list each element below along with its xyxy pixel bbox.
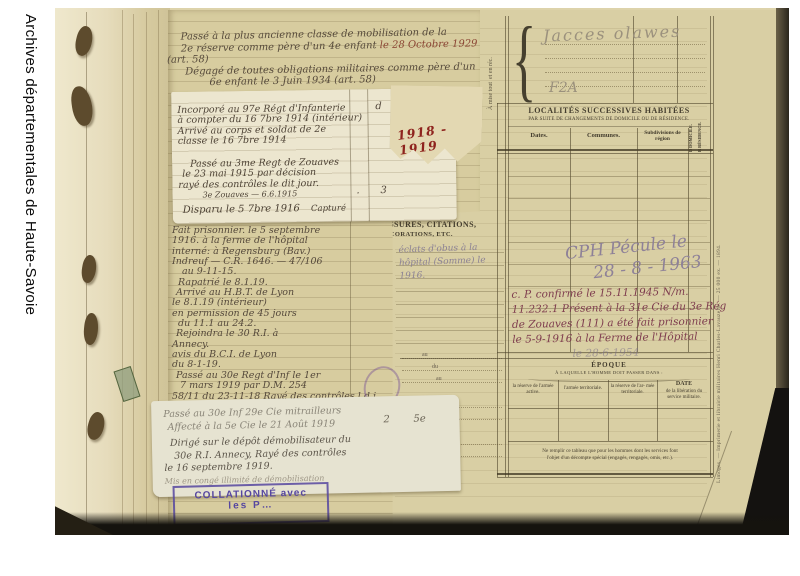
epoque-row-bottom — [508, 441, 713, 442]
localites-double-rule-a — [497, 149, 713, 151]
epoque-footnote: Ne remplir ce tableau que pour les homme… — [512, 448, 708, 462]
publisher-imprint: Limoges. — Imprimerie et librairie milit… — [716, 55, 722, 483]
page-edge-1 — [122, 10, 123, 530]
du-au-row-3: au — [402, 376, 502, 383]
epoque-header-bottom — [508, 408, 713, 409]
slip-a-line8: 3e Zouaves — 6.6.1915 — [202, 188, 363, 201]
scanned-register-page: Archives départementales de Haute-Savoie… — [0, 0, 800, 576]
epoque-subtitle: À LAQUELLE L'HOMME DOIT PASSER DANS : — [508, 370, 710, 375]
epoque-vline-2 — [608, 380, 609, 441]
localites-double-rule-b — [497, 153, 713, 154]
localites-col1-header: Dates. — [508, 132, 570, 139]
localites-col3-header: Subdivisions de région — [637, 130, 688, 142]
localites-header-sep — [508, 126, 710, 127]
localites-subtitle: PAR SUITE DE CHANGEMENTS DE DOMICILE OU … — [508, 117, 710, 122]
disparu-entry: Disparu le 5 7bre 1916 Capturé — [183, 203, 346, 216]
form-bottom-double-b — [497, 477, 713, 478]
slip-b-margin-5e: 5e — [413, 413, 426, 424]
note-line16: 7 mars 1919 par D.M. 254 — [180, 381, 379, 391]
blessures-note: éclats d'obus à la hôpital (Somme) le 19… — [398, 241, 486, 283]
epoque-date-header: DATE de la libération du service militai… — [659, 381, 709, 401]
form-inner-double-a — [505, 16, 506, 477]
page-edge-3 — [146, 12, 147, 528]
epoque-date-subtitle: de la libération du service militaire. — [659, 389, 709, 402]
name-brace: { — [512, 6, 536, 112]
purple-ink-note: c. P. confirmé le 15.11.1945 N/m. 11.232… — [511, 284, 727, 363]
page-edge-2 — [133, 14, 134, 526]
captivity-notes: Fait prisonnier. le 5 septembre 1916. à … — [172, 226, 379, 402]
margin-label: À mise tout et en réc. — [488, 24, 496, 110]
slip-a-col-line-2 — [367, 89, 370, 221]
localites-col2-header: Communes. — [570, 132, 637, 139]
form-right-double-b — [713, 16, 714, 477]
disparu-suffix: Capturé — [311, 204, 346, 214]
slip-a-margin-d: d — [375, 101, 382, 112]
localites-title: LOCALITÉS SUCCESSIVES HABITÉES — [508, 106, 710, 115]
purple-note-faint: le 28-6-1954 — [572, 344, 727, 362]
disparu-text: Disparu le 5 7bre 1916 — [183, 203, 300, 216]
mobilisation-entries: Passé à la plus ancienne classe de mobil… — [181, 26, 479, 89]
slip-a-line4: classe le 16 7bre 1914 — [178, 134, 363, 147]
epoque-top-line — [400, 358, 713, 359]
slip-b-text: Passé au 30e Inf 29e Cie mitrailleurs Af… — [163, 405, 352, 488]
slip-a-margin-3: 3 — [380, 185, 387, 196]
epoque-date-title: DATE — [659, 381, 709, 389]
epoque-col2-header: l'armée territoriale. — [560, 386, 606, 392]
du-au-label: du — [432, 364, 438, 370]
mobilisation-line2-date: le 28 Octobre 1929 — [380, 38, 478, 51]
name-dotline-2 — [545, 58, 705, 59]
pencil-f2a: F2A — [549, 80, 578, 96]
epoque-footnote-line2: l'objet d'un décompte spécial (engagés, … — [512, 455, 708, 462]
epoque-vline-3 — [657, 380, 658, 441]
localites-side-label-2: R RÉSIDENCE. — [697, 112, 702, 152]
margin-label-line2: et en réc. — [488, 57, 494, 79]
du-au-row-2: du — [402, 364, 502, 371]
epoque-vline-1 — [558, 380, 559, 441]
epoque-col3-header: la réserve de l'ar- mée territoriale. — [610, 384, 655, 397]
localites-top-line — [497, 103, 713, 104]
form-bottom-double-a — [497, 473, 713, 475]
slip-b-margin-2: 2 — [383, 414, 390, 425]
epoque-footnote-line1: Ne remplir ce tableau que pour les homme… — [512, 448, 708, 455]
archive-label: Archives départementales de Haute-Savoie — [22, 14, 39, 315]
du-au-label: au — [436, 376, 442, 382]
epoque-title: ÉPOQUE — [508, 361, 710, 369]
name-dotline-3 — [545, 72, 705, 73]
margin-label-line1: À mise tout — [488, 82, 494, 110]
slip-a-text: Incorporé au 97e Régt d'Infanterie à com… — [177, 103, 363, 201]
epoque-col1-header: la réserve de l'armée active. — [510, 384, 556, 397]
photo-bottom-shadow — [55, 512, 789, 535]
